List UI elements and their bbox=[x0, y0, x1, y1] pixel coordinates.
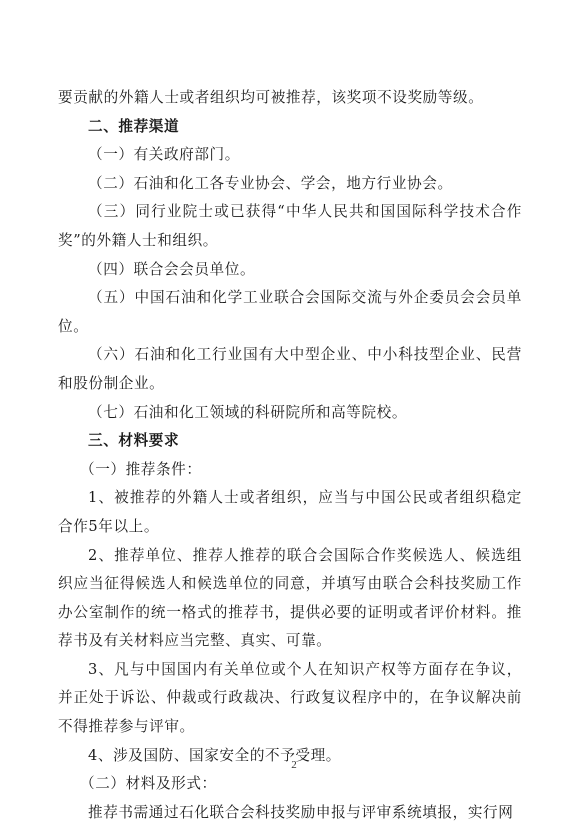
page-body: 要贡献的外籍人士或者组织均可被推荐，该奖项不设奖励等级。 二、推荐渠道 （一）有… bbox=[58, 84, 522, 827]
section-heading-recommendation-channels: 二、推荐渠道 bbox=[58, 113, 522, 142]
page-number: 2 bbox=[0, 759, 588, 771]
channel-item-3: （三）同行业院士或已获得“中华人民共和国国际科学技术合作奖”的外籍人士和组织。 bbox=[58, 198, 522, 255]
condition-item-2: 2、推荐单位、推荐人推荐的联合会国际合作奖候选人、候选组织应当征得候选人和候选单… bbox=[58, 542, 522, 656]
subheading-materials-and-format: （二）材料及形式： bbox=[58, 770, 522, 799]
section-heading-material-requirements: 三、材料要求 bbox=[58, 427, 522, 456]
channel-item-7: （七）石油和化工领域的科研院所和高等院校。 bbox=[58, 399, 522, 428]
condition-item-3: 3、凡与中国国内有关单位或个人在知识产权等方面存在争议，并正处于诉讼、仲裁或行政… bbox=[58, 656, 522, 742]
subheading-recommendation-conditions: （一）推荐条件： bbox=[58, 456, 522, 485]
condition-item-1: 1、被推荐的外籍人士或者组织，应当与中国公民或者组织稳定合作5年以上。 bbox=[58, 484, 522, 541]
channel-item-6: （六）石油和化工行业国有大中型企业、中小科技型企业、民营和股份制企业。 bbox=[58, 341, 522, 398]
channel-item-1: （一）有关政府部门。 bbox=[58, 141, 522, 170]
document-page: 要贡献的外籍人士或者组织均可被推荐，该奖项不设奖励等级。 二、推荐渠道 （一）有… bbox=[0, 0, 588, 833]
materials-paragraph: 推荐书需通过石化联合会科技奖励申报与评审系统填报，实行网 bbox=[58, 799, 522, 828]
channel-item-5: （五）中国石油和化学工业联合会国际交流与外企委员会会员单位。 bbox=[58, 284, 522, 341]
paragraph-continuation: 要贡献的外籍人士或者组织均可被推荐，该奖项不设奖励等级。 bbox=[58, 84, 522, 113]
channel-item-4: （四）联合会会员单位。 bbox=[58, 256, 522, 285]
channel-item-2: （二）石油和化工各专业协会、学会，地方行业协会。 bbox=[58, 170, 522, 199]
